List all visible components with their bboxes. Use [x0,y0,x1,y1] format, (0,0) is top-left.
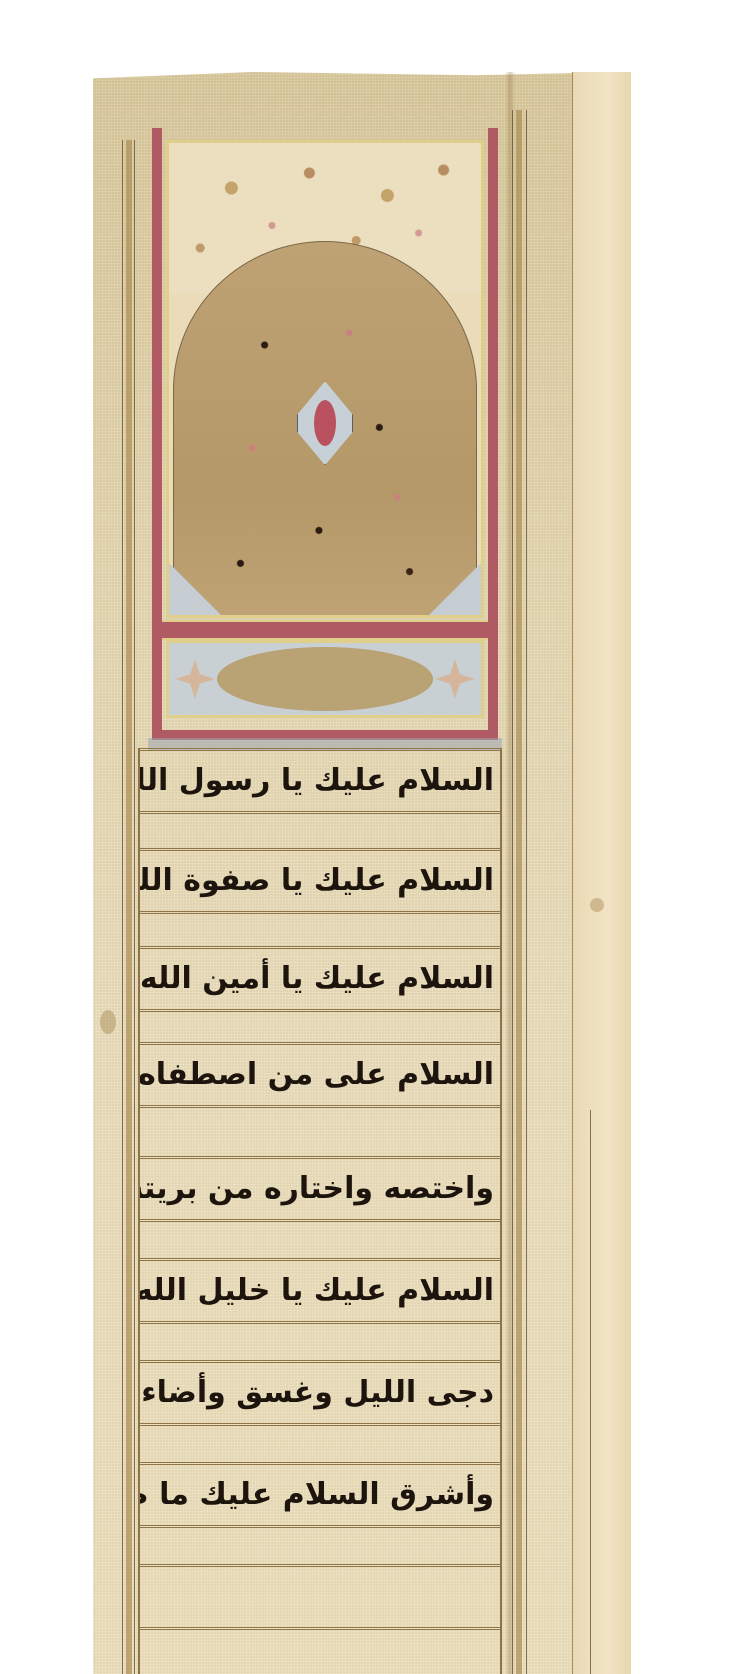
text-line: السلام عليك يا خليل الله ما [140,1258,500,1324]
strip-rule [590,1110,591,1674]
text-line: السلام عليك يا أمين الله [140,946,500,1012]
text-panel: السلام عليك يا رسول الله السلام عليك يا … [138,748,502,1674]
arabic-text: السلام عليك يا خليل الله ما [140,1276,494,1306]
text-line: دجى الليل وغسق وأضاء النهار [140,1360,500,1426]
inner-rule-left [134,140,135,1674]
arabic-text: دجى الليل وغسق وأضاء النهار [140,1378,494,1408]
red-separator-band [162,620,488,640]
text-line: السلام عليك يا صفوة الله [140,848,500,914]
fold-shadow [505,72,515,1674]
arabic-text: وأشرق السلام عليك ما صمت [140,1480,494,1510]
gold-rule-left [126,140,132,1674]
arabesque-panel [166,140,484,618]
text-line: واختصه واختاره من بريته [140,1156,500,1222]
arabic-text: السلام على من اصطفاه الله [140,1060,494,1090]
text-line: وأشرق السلام عليك ما صمت [140,1462,500,1528]
stain [100,1010,116,1034]
arabic-text: السلام عليك يا أمين الله [140,964,494,994]
text-line: السلام عليك يا رسول الله [140,748,500,814]
text-line [140,1564,500,1630]
outer-rule-right [526,110,527,1674]
gold-medallion [173,241,477,618]
arabic-text: السلام عليك يا رسول الله [140,766,494,796]
arabic-text: السلام عليك يا صفوة الله [140,866,494,896]
star-ornament-left [175,659,215,699]
star-ornament-right [435,659,475,699]
outer-rule-left [122,140,123,1674]
cartouche-panel [166,640,484,718]
overlapping-linen-strip [572,72,631,1674]
gold-cartouche [217,647,433,711]
illuminated-headpiece [152,128,498,740]
central-boss-ornament [297,381,353,465]
gold-rule-right [516,110,522,1674]
text-line: السلام على من اصطفاه الله [140,1042,500,1108]
inner-rule-right [512,110,513,1674]
arabic-text: واختصه واختاره من بريته [140,1174,494,1204]
stain [590,898,604,912]
